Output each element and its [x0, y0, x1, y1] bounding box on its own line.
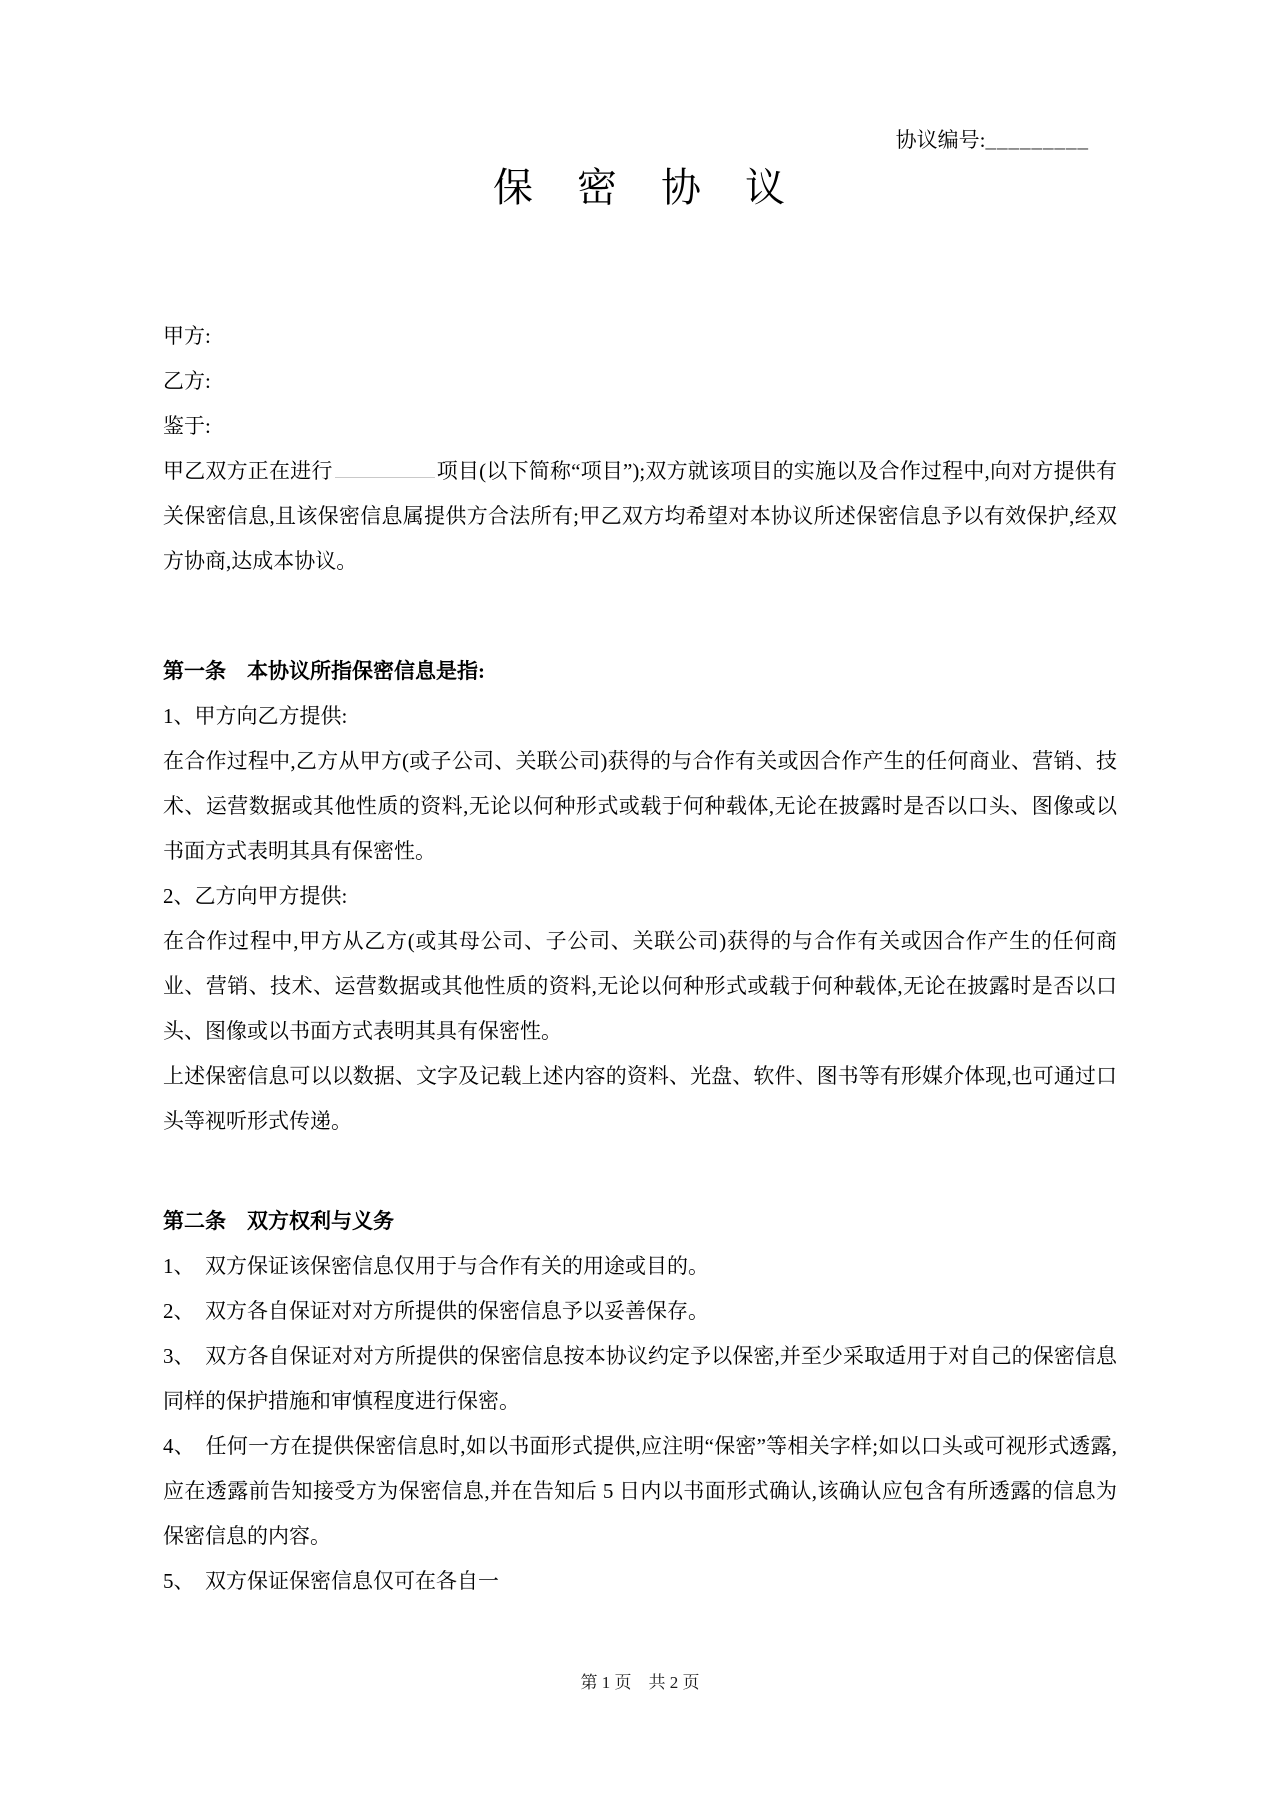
article-2-item-1: 1、 双方保证该保密信息仅用于与合作有关的用途或目的。: [163, 1244, 1117, 1289]
project-name-blank[interactable]: [335, 454, 435, 478]
article-2-item-4: 4、 任何一方在提供保密信息时,如以书面形式提供,应注明“保密”等相关字样;如以…: [163, 1424, 1117, 1559]
article-2-item-3: 3、 双方各自保证对对方所提供的保密信息按本协议约定予以保密,并至少采取适用于对…: [163, 1334, 1117, 1424]
article-2-heading: 第二条 双方权利与义务: [163, 1199, 1117, 1244]
agreement-number-blank[interactable]: _________: [986, 128, 1090, 152]
whereas-line: 鉴于:: [163, 404, 1117, 449]
article-1-heading: 第一条 本协议所指保密信息是指:: [163, 649, 1117, 694]
article-2-item-2: 2、 双方各自保证对对方所提供的保密信息予以妥善保存。: [163, 1289, 1117, 1334]
page-indicator: 第 1 页 共 2 页: [581, 1673, 700, 1692]
page-footer: 第 1 页 共 2 页: [0, 1672, 1280, 1694]
agreement-number-line: 协议编号:_________: [163, 128, 1117, 152]
document-title: 保 密 协 议: [163, 162, 1117, 214]
article-1-section: 第一条 本协议所指保密信息是指: 1、甲方向乙方提供: 在合作过程中,乙方从甲方…: [163, 649, 1117, 1144]
preamble-section: 甲方: 乙方: 鉴于: 甲乙双方正在进行项目(以下简称“项目”);双方就该项目的…: [163, 314, 1117, 584]
article-1-item-2-desc: 在合作过程中,甲方从乙方(或其母公司、子公司、关联公司)获得的与合作有关或因合作…: [163, 919, 1117, 1054]
intro-text-before-blank: 甲乙双方正在进行: [163, 459, 333, 483]
article-1-item-2-label: 2、乙方向甲方提供:: [163, 874, 1117, 919]
article-1-closing: 上述保密信息可以以数据、文字及记载上述内容的资料、光盘、软件、图书等有形媒介体现…: [163, 1054, 1117, 1144]
article-2-section: 第二条 双方权利与义务 1、 双方保证该保密信息仅用于与合作有关的用途或目的。 …: [163, 1199, 1117, 1604]
agreement-number-label: 协议编号:: [896, 128, 986, 152]
document-page: 协议编号:_________ 保 密 协 议 甲方: 乙方: 鉴于: 甲乙双方正…: [0, 0, 1280, 1810]
article-2-item-5: 5、 双方保证保密信息仅可在各自一: [163, 1559, 1117, 1604]
article-1-item-1-desc: 在合作过程中,乙方从甲方(或子公司、关联公司)获得的与合作有关或因合作产生的任何…: [163, 739, 1117, 874]
party-a-line: 甲方:: [163, 314, 1117, 359]
intro-paragraph: 甲乙双方正在进行项目(以下简称“项目”);双方就该项目的实施以及合作过程中,向对…: [163, 449, 1117, 584]
article-1-item-1-label: 1、甲方向乙方提供:: [163, 694, 1117, 739]
party-b-line: 乙方:: [163, 359, 1117, 404]
